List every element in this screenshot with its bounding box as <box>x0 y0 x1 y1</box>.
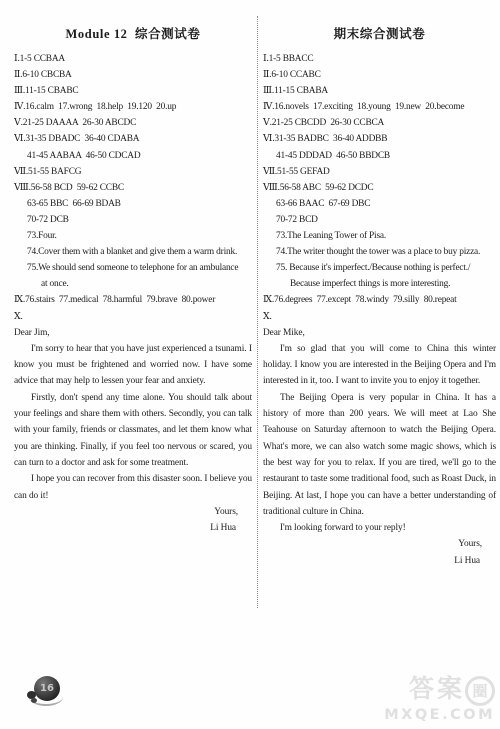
answer-line: Ⅵ.31-35 DBADC 36-40 CDABA <box>14 131 252 147</box>
answer-sheet-page: Module 12 综合测试卷 Ⅰ.1-5 CCBAA Ⅱ.6-10 CBCBA… <box>0 0 500 729</box>
answer-line: Ⅶ.51-55 BAFCG <box>14 164 252 180</box>
letter-closing: Yours, <box>14 504 252 520</box>
answer-line: 41-45 AABAA 46-50 CDCAD <box>14 148 252 164</box>
right-letter: Dear Mike, I'm so glad that you will com… <box>263 325 496 569</box>
answer-line: 63-65 BBC 66-69 BDAB <box>14 196 252 212</box>
letter-signature: Li Hua <box>263 553 496 569</box>
letter-paragraph: Firstly, don't spend any time alone. You… <box>14 390 252 471</box>
answer-line: Ⅷ.56-58 ABC 59-62 DCDC <box>263 180 496 196</box>
answer-line: Ⅹ. <box>263 309 496 325</box>
left-answer-list: Ⅰ.1-5 CCBAA Ⅱ.6-10 CBCBA Ⅲ.11-15 CBABC Ⅳ… <box>14 51 252 325</box>
answer-line: Ⅳ.16.novels 17.exciting 18.young 19.new … <box>263 99 496 115</box>
answer-line: 75. Because it's imperfect./Because noth… <box>263 260 496 276</box>
answer-line: Ⅸ.76.degrees 77.except 78.windy 79.silly… <box>263 292 496 308</box>
left-letter: Dear Jim, I'm sorry to hear that you hav… <box>14 325 252 537</box>
answer-line: 70-72 DCB <box>14 212 252 228</box>
page-number-badge: 16 <box>28 676 68 712</box>
answer-line: Ⅴ.21-25 CBCDD 26-30 CCBCA <box>263 115 496 131</box>
badge-blob-decoration <box>31 698 37 703</box>
answer-line: 73.The Leaning Tower of Pisa. <box>263 228 496 244</box>
answer-line: Ⅸ.76.stairs 77.medical 78.harmful 79.bra… <box>14 292 252 308</box>
letter-closing: Yours, <box>263 536 496 552</box>
answer-line: Ⅹ. <box>14 309 252 325</box>
right-column-title: 期末综合测试卷 <box>263 24 496 42</box>
watermark-site: MXQE.COM <box>384 707 495 723</box>
answer-line: 74.The writer thought the tower was a pl… <box>263 244 496 260</box>
answer-line: 73.Four. <box>14 228 252 244</box>
letter-paragraph: I'm sorry to hear that you have just exp… <box>14 341 252 390</box>
answer-line: at once. <box>14 276 252 292</box>
letter-paragraph: The Beijing Opera is very popular in Chi… <box>263 390 496 520</box>
answer-line: Ⅰ.1-5 BBACC <box>263 51 496 67</box>
page-number: 16 <box>34 683 60 694</box>
letter-paragraph: I'm so glad that you will come to China … <box>263 341 496 390</box>
watermark-brand: 答案圈 <box>384 676 495 706</box>
answer-line: Ⅲ.11-15 CBABC <box>14 83 252 99</box>
answer-line: Ⅴ.21-25 DAAAA 26-30 ABCDC <box>14 115 252 131</box>
answer-line: 74.Cover them with a blanket and give th… <box>14 244 252 260</box>
answer-line: 63-66 BAAC 67-69 DBC <box>263 196 496 212</box>
right-answer-list: Ⅰ.1-5 BBACC Ⅱ.6-10 CCABC Ⅲ.11-15 CBABA Ⅳ… <box>263 51 496 325</box>
watermark: 答案圈 MXQE.COM <box>384 676 495 723</box>
answer-line: Ⅵ.31-35 BADBC 36-40 ADDBB <box>263 131 496 147</box>
column-divider <box>257 16 258 608</box>
letter-paragraph: I'm looking forward to your reply! <box>263 520 496 536</box>
answer-line: Ⅲ.11-15 CBABA <box>263 83 496 99</box>
letter-salutation: Dear Mike, <box>263 325 496 341</box>
right-column: 期末综合测试卷 Ⅰ.1-5 BBACC Ⅱ.6-10 CCABC Ⅲ.11-15… <box>263 24 496 569</box>
answer-line: Ⅳ.16.calm 17.wrong 18.help 19.120 20.up <box>14 99 252 115</box>
answer-line: Ⅶ.51-55 GEFAD <box>263 164 496 180</box>
answer-line: Ⅰ.1-5 CCBAA <box>14 51 252 67</box>
watermark-brand-text: 答案 <box>409 674 465 703</box>
answer-line: 41-45 DDDAD 46-50 BBDCB <box>263 148 496 164</box>
letter-salutation: Dear Jim, <box>14 325 252 341</box>
left-column: Module 12 综合测试卷 Ⅰ.1-5 CCBAA Ⅱ.6-10 CBCBA… <box>14 24 252 536</box>
answer-line: Because imperfect things is more interes… <box>263 276 496 292</box>
letter-paragraph: I hope you can recover from this disaste… <box>14 471 252 504</box>
answer-line: 70-72 BCD <box>263 212 496 228</box>
answer-line: 75.We should send someone to telephone f… <box>14 260 252 276</box>
watermark-circle-logo: 圈 <box>465 676 495 706</box>
answer-line: Ⅱ.6-10 CCABC <box>263 67 496 83</box>
answer-line: Ⅷ.56-58 BCD 59-62 CCBC <box>14 180 252 196</box>
answer-line: Ⅱ.6-10 CBCBA <box>14 67 252 83</box>
letter-signature: Li Hua <box>14 520 252 536</box>
left-column-title: Module 12 综合测试卷 <box>14 24 252 42</box>
